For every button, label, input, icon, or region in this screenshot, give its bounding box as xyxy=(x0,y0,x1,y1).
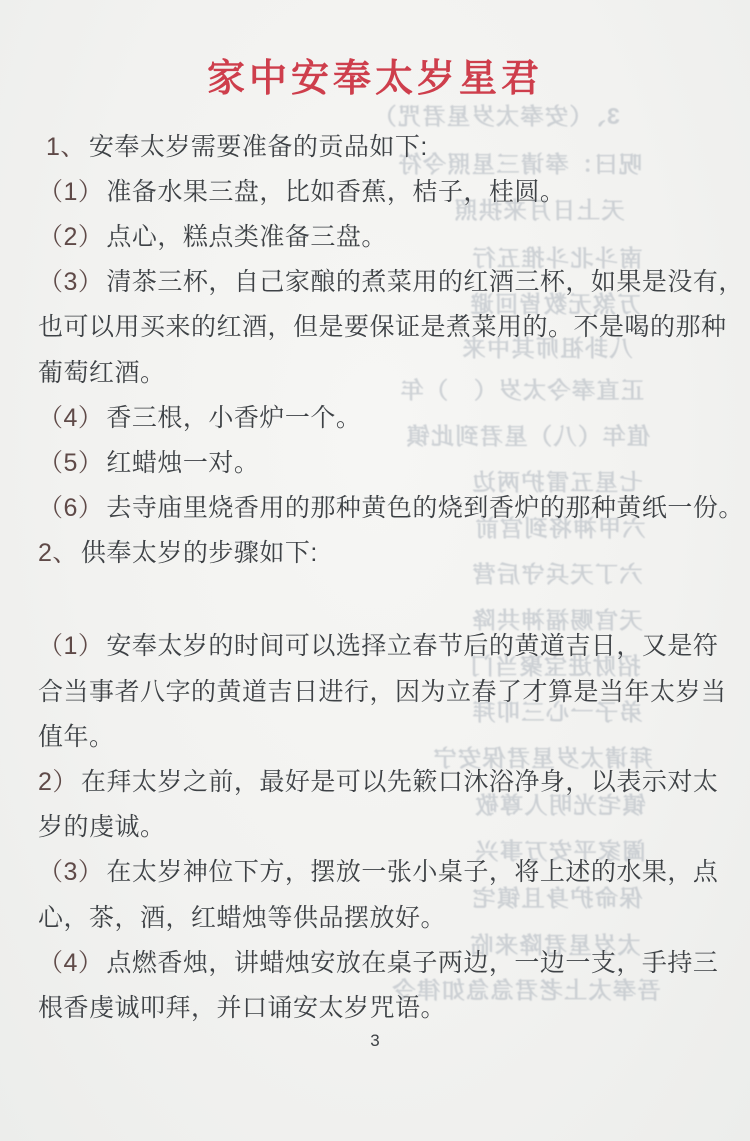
list-marker: 2、 xyxy=(38,533,78,569)
text-line: （4）点燃香烛，讲蜡烛安放在桌子两边，一边一支，手持三 xyxy=(38,938,730,983)
line-text: 也可以用买来的红酒，但是要保证是煮菜用的。不是喝的那种 xyxy=(38,307,727,343)
line-text: 清茶三杯，自己家酿的煮菜用的红酒三杯，如果是没有， xyxy=(106,262,744,298)
text-line: 1、安奉太岁需要准备的贡品如下: xyxy=(38,122,730,167)
text-line: （1）安奉太岁的时间可以选择立春节后的黄道吉日，又是符 xyxy=(38,622,730,667)
list-marker: （4） xyxy=(38,943,103,979)
text-line: 值年。 xyxy=(38,712,730,757)
text-line: （1）准备水果三盘，比如香蕉，桔子，桂圆。 xyxy=(38,167,730,212)
text-line: 心，茶，酒，红蜡烛等供品摆放好。 xyxy=(38,893,730,938)
text-line: （6）去寺庙里烧香用的那种黄色的烧到香炉的那种黄纸一份。 xyxy=(38,484,730,529)
line-text: 安奉太岁需要准备的贡品如下: xyxy=(89,127,428,163)
body-text: 1、安奉太岁需要准备的贡品如下: （1）准备水果三盘，比如香蕉，桔子，桂圆。 （… xyxy=(38,122,730,1029)
text-line: 2、供奉太岁的步骤如下: xyxy=(38,529,730,574)
page-title: 家中安奉太岁星君 xyxy=(0,54,750,104)
list-marker: （3） xyxy=(38,262,103,298)
list-marker: （5） xyxy=(38,443,103,479)
text-line: 葡萄红酒。 xyxy=(38,348,730,393)
list-marker: （3） xyxy=(38,852,103,888)
text-line: 也可以用买来的红酒，但是要保证是煮菜用的。不是喝的那种 xyxy=(38,303,730,348)
text-line: 岁的虔诚。 xyxy=(38,803,730,848)
list-marker: （4） xyxy=(38,398,103,434)
line-text: 红蜡烛一对。 xyxy=(106,443,259,479)
line-text: 香三根，小香炉一个。 xyxy=(106,398,361,434)
list-marker: （6） xyxy=(38,488,103,524)
list-marker: （2） xyxy=(38,217,103,253)
line-text: 供奉太岁的步骤如下: xyxy=(81,533,318,569)
page-number: 3 xyxy=(0,1031,750,1051)
line-text: 准备水果三盘，比如香蕉，桔子，桂圆。 xyxy=(106,172,565,208)
line-text: 在太岁神位下方，摆放一张小桌子，将上述的水果，点 xyxy=(106,852,718,888)
text-line: 合当事者八字的黄道吉日进行，因为立春了才算是当年太岁当 xyxy=(38,667,730,712)
text-line: （3）清茶三杯，自己家酿的煮菜用的红酒三杯，如果是没有， xyxy=(38,258,730,303)
line-text: 点燃香烛，讲蜡烛安放在桌子两边，一边一支，手持三 xyxy=(106,943,718,979)
line-text: 岁的虔诚。 xyxy=(38,807,166,843)
list-marker: 1、 xyxy=(46,127,86,163)
text-line: 2）在拜太岁之前，最好是可以先簌口沐浴净身，以表示对太 xyxy=(38,757,730,802)
line-text: 点心，糕点类准备三盘。 xyxy=(106,217,387,253)
line-text: 心，茶，酒，红蜡烛等供品摆放好。 xyxy=(38,898,446,934)
list-marker: （1） xyxy=(38,172,103,208)
text-line: （5）红蜡烛一对。 xyxy=(38,438,730,483)
list-marker: 2） xyxy=(38,762,78,798)
line-text: 合当事者八字的黄道吉日进行，因为立春了才算是当年太岁当 xyxy=(38,672,727,708)
line-text: 葡萄红酒。 xyxy=(38,353,166,389)
line-text: 根香虔诚叩拜，并口诵安太岁咒语。 xyxy=(38,988,446,1024)
scanned-page: 3、（安奉太岁星君咒） 呪曰：奉请三星照令符 天上日月来拱照 南斗北斗推五行 万… xyxy=(0,0,750,1141)
text-line: （2）点心，糕点类准备三盘。 xyxy=(38,212,730,257)
text-line: （3）在太岁神位下方，摆放一张小桌子，将上述的水果，点 xyxy=(38,848,730,893)
line-text: 值年。 xyxy=(38,717,115,753)
line-text: 安奉太岁的时间可以选择立春节后的黄道吉日，又是符 xyxy=(106,626,718,662)
line-text: 在拜太岁之前，最好是可以先簌口沐浴净身，以表示对太 xyxy=(81,762,719,798)
text-line: （4）香三根，小香炉一个。 xyxy=(38,393,730,438)
line-text: 去寺庙里烧香用的那种黄色的烧到香炉的那种黄纸一份。 xyxy=(106,488,744,524)
list-marker: （1） xyxy=(38,626,103,662)
text-line: 根香虔诚叩拜，并口诵安太岁咒语。 xyxy=(38,983,730,1028)
